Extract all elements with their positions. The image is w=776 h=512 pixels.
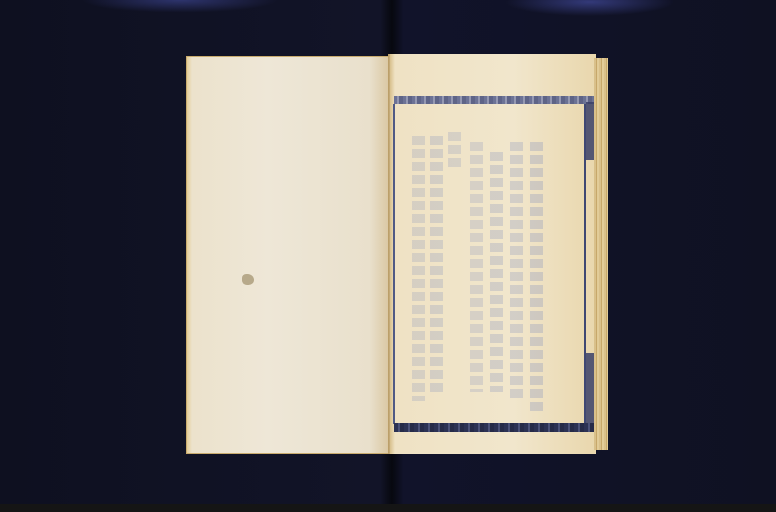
print-frame-left-border bbox=[393, 104, 395, 424]
page-stain bbox=[242, 274, 254, 285]
text-column bbox=[470, 142, 483, 392]
text-column bbox=[448, 132, 461, 168]
text-column bbox=[510, 142, 523, 402]
text-column bbox=[530, 142, 543, 412]
print-frame-bottom-border bbox=[394, 423, 598, 432]
bottom-edge-strip bbox=[0, 504, 776, 512]
text-column bbox=[430, 136, 443, 396]
right-page-printed bbox=[390, 54, 596, 454]
open-book bbox=[186, 54, 610, 454]
text-column bbox=[490, 152, 503, 392]
left-page-blank bbox=[186, 56, 390, 454]
faded-show-through-text bbox=[410, 142, 570, 422]
text-column bbox=[412, 136, 425, 401]
print-frame-top-border bbox=[394, 96, 598, 104]
page-fore-edge bbox=[594, 58, 608, 450]
